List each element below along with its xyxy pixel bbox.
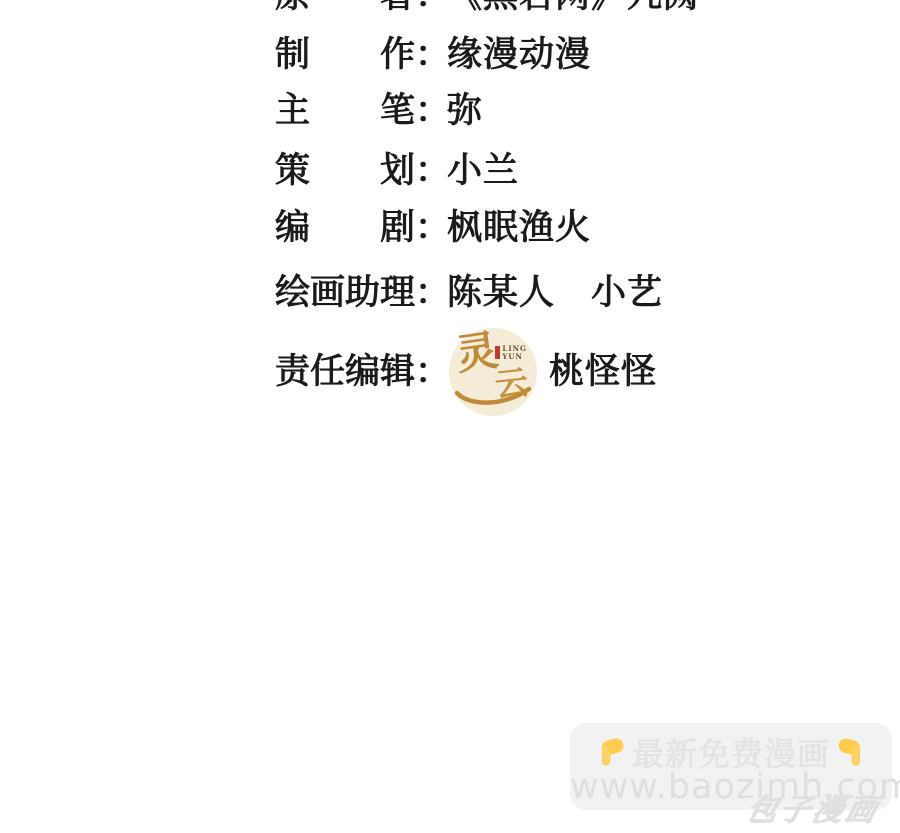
credit-value: 桃怪怪 [549, 354, 657, 390]
credit-value: 陈某人 小艺 [447, 275, 663, 311]
point-down-emoji-icon [592, 734, 628, 770]
credit-colon: ： [415, 93, 445, 129]
credit-label: 主笔 [275, 93, 415, 129]
credit-value: 小兰 [447, 153, 519, 189]
credit-colon: ： [415, 210, 445, 246]
credit-label: 制作 [275, 37, 415, 73]
baozimh-logo-watermark: 包子漫画 [743, 785, 886, 829]
red-seal-icon [495, 346, 500, 359]
calligraphy-swoosh-stroke [453, 385, 533, 409]
credit-colon: ： [415, 354, 445, 390]
watermark-banner: 最新免费漫画 www.baozimh.com 包子漫画 [570, 723, 892, 810]
credit-row-screenwriter: 编剧 ： 枫眠渔火 [275, 210, 699, 246]
point-down-emoji-icon [834, 734, 870, 770]
credit-value: 缘漫动漫 [447, 37, 591, 73]
logo-latin-block: LING YUN [495, 345, 527, 361]
credit-value: 弥 [447, 93, 483, 129]
credit-colon: ： [415, 153, 445, 189]
credit-label: 策划 [275, 153, 415, 189]
credit-label: 原著 [275, 0, 415, 14]
credit-label: 绘画助理 [275, 275, 415, 311]
credit-row-lead-artist: 主笔 ： 弥 [275, 93, 699, 129]
credit-colon: ： [415, 37, 445, 73]
credit-row-production: 制作 ： 缘漫动漫 [275, 37, 699, 73]
credit-colon: ： [415, 275, 445, 311]
credit-label: 责任编辑 [275, 354, 415, 390]
lingyun-studio-logo: 灵 云 LING YUN [449, 328, 537, 416]
logo-latin-bottom: YUN [502, 353, 527, 361]
credit-value: 《黑岩网》九阙 [447, 0, 699, 14]
credits-list: 原著 ： 《黑岩网》九阙 制作 ： 缘漫动漫 主笔 ： 弥 策划 ： 小兰 编剧… [275, 0, 699, 416]
credit-row-managing-editor: 责任编辑 ： 灵 云 LING YUN 桃怪怪 [275, 328, 699, 416]
credit-value: 枫眠渔火 [447, 210, 591, 246]
credit-colon: ： [415, 0, 445, 14]
credit-row-planning: 策划 ： 小兰 [275, 153, 699, 189]
credit-label: 编剧 [275, 210, 415, 246]
credit-row-original-author: 原著 ： 《黑岩网》九阙 [275, 0, 699, 14]
credit-row-art-assistants: 绘画助理 ： 陈某人 小艺 [275, 275, 699, 311]
